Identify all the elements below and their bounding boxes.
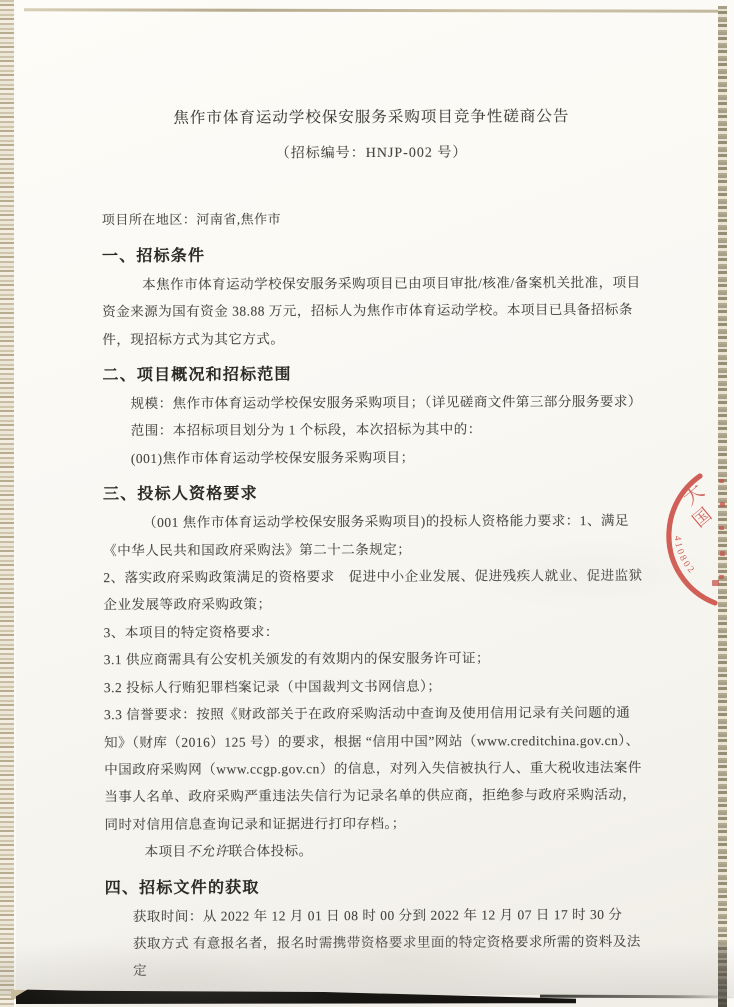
seal-ink-mark (720, 551, 725, 556)
paragraph: 3、本项目的特定资格要求： (104, 617, 644, 647)
section-paragraphs: 获取时间：从 2022 年 12 月 01 日 08 时 00 分到 2022 … (105, 900, 645, 985)
seal-ink-mark (719, 479, 724, 483)
sections-container: 一、招标条件 本焦作市体育运动学校保安服务采购项目已由项目审批/核准/备案机关批… (102, 240, 645, 985)
text-run: 联合体投标。 (229, 843, 313, 858)
paragraph: 规模：焦作市体育运动学校保安服务采购项目；（详见磋商文件第三部分服务要求） (103, 388, 643, 418)
paragraph: 范围：本招标项目划分为 1 个标段，本次招标为其中的： (103, 415, 643, 445)
page-bottom-edge-line (540, 995, 734, 999)
section-heading: 二、项目概况和招标范围 (102, 359, 642, 390)
text-run: (001)焦作市体育运动学校保安服务采购项目； (131, 450, 415, 466)
tender-number: （招标编号：HNJP-002 号） (101, 139, 641, 169)
paragraph: 本项目不允许联合体投标。 (105, 836, 645, 866)
binding-edge-left (0, 0, 16, 1007)
text-run: 3.3 信誉要求：按照《财政部关于在政府采购活动中查询及使用信用记录有关问题的通… (104, 705, 642, 832)
text-run: 3、本项目的特定资格要求： (104, 624, 279, 640)
text-run: 获取时间：从 2022 年 12 月 01 日 08 时 00 分到 2022 … (133, 906, 623, 923)
paragraph: 获取方式 有意报名者，报名时需携带资格要求里面的特定资格要求所需的资料及法定 (105, 928, 645, 985)
document-body: 焦作市体育运动学校保安服务采购项目竞争性磋商公告 （招标编号：HNJP-002 … (101, 0, 645, 985)
paragraph: 2、落实政府采购政策满足的资格要求 促进中小企业发展、促进残疾人就业、促进监狱企… (103, 562, 643, 619)
document-section: 四、招标文件的获取 获取时间：从 2022 年 12 月 01 日 08 时 0… (105, 871, 645, 985)
section-heading: 一、招标条件 (102, 240, 642, 271)
text-run: 本项目 (145, 844, 187, 859)
paragraph: 获取时间：从 2022 年 12 月 01 日 08 时 00 分到 2022 … (105, 900, 645, 930)
paragraph: 3.2 投标人行贿犯罪档案记录（中国裁判文书网信息）； (104, 672, 644, 702)
text-run: 2、落实政府采购政策满足的资格要求 促进中小企业发展、促进残疾人就业、促进监狱企… (103, 568, 642, 613)
section-paragraphs: 规模：焦作市体育运动学校保安服务采购项目；（详见磋商文件第三部分服务要求）范围：… (103, 388, 643, 473)
document-section: 二、项目概况和招标范围 规模：焦作市体育运动学校保安服务采购项目；（详见磋商文件… (102, 359, 642, 473)
text-run: 规模：焦作市体育运动学校保安服务采购项目；（详见磋商文件第三部分服务要求） (131, 394, 642, 411)
document-title: 焦作市体育运动学校保安服务采购项目竞争性磋商公告 (101, 105, 641, 131)
section-paragraphs: （001 焦作市体育运动学校保安服务采购项目)的投标人资格能力要求：1、满足《中… (103, 507, 645, 866)
paragraph: （001 焦作市体育运动学校保安服务采购项目)的投标人资格能力要求：1、满足《中… (103, 507, 643, 564)
text-run: 3.2 投标人行贿犯罪档案记录（中国裁判文书网信息）； (104, 678, 442, 694)
seal-ink-mark (720, 502, 725, 507)
project-location: 项目所在地区：河南省,焦作市 (102, 204, 642, 234)
document-section: 三、投标人资格要求 （001 焦作市体育运动学校保安服务采购项目)的投标人资格能… (103, 478, 645, 866)
text-run: 不允许 (187, 844, 229, 859)
paragraph: (001)焦作市体育运动学校保安服务采购项目； (103, 443, 643, 473)
section-heading: 四、招标文件的获取 (105, 871, 645, 902)
paragraph: 本焦作市体育运动学校保安服务采购项目已由项目审批/核准/备案机关批准，项目资金来… (102, 269, 642, 354)
scanned-page: 焦作市体育运动学校保安服务采购项目竞争性磋商公告 （招标编号：HNJP-002 … (0, 0, 734, 1007)
seal-ink-mark (719, 526, 724, 530)
document-section: 一、招标条件 本焦作市体育运动学校保安服务采购项目已由项目审批/核准/备案机关批… (102, 240, 642, 354)
seal-character-top: 大 (678, 479, 708, 509)
text-run: 3.1 供应商需具有公安机关颁发的有效期内的保安服务许可证； (104, 651, 490, 668)
paragraph: 3.3 信誉要求：按照《财政部关于在政府采购活动中查询及使用信用记录有关问题的通… (104, 699, 645, 838)
official-seal-icon: 大 国 410802 (658, 462, 734, 614)
text-run: 本焦作市体育运动学校保安服务采购项目已由项目审批/核准/备案机关批准，项目资金来… (102, 275, 640, 347)
text-run: 获取方式 有意报名者，报名时需携带资格要求里面的特定资格要求所需的资料及法定 (133, 934, 641, 979)
paragraph: 3.1 供应商需具有公安机关颁发的有效期内的保安服务许可证； (104, 644, 644, 674)
page-bottom-edge-shadow (16, 984, 576, 1004)
text-run: （001 焦作市体育运动学校保安服务采购项目)的投标人资格能力要求：1、满足《中… (103, 513, 629, 558)
section-heading: 三、投标人资格要求 (103, 478, 643, 509)
text-run: 范围：本招标项目划分为 1 个标段，本次招标为其中的： (131, 422, 482, 439)
seal-ink-mark (712, 580, 719, 586)
section-paragraphs: 本焦作市体育运动学校保安服务采购项目已由项目审批/核准/备案机关批准，项目资金来… (102, 269, 642, 354)
seal-ink-mark (719, 575, 724, 579)
